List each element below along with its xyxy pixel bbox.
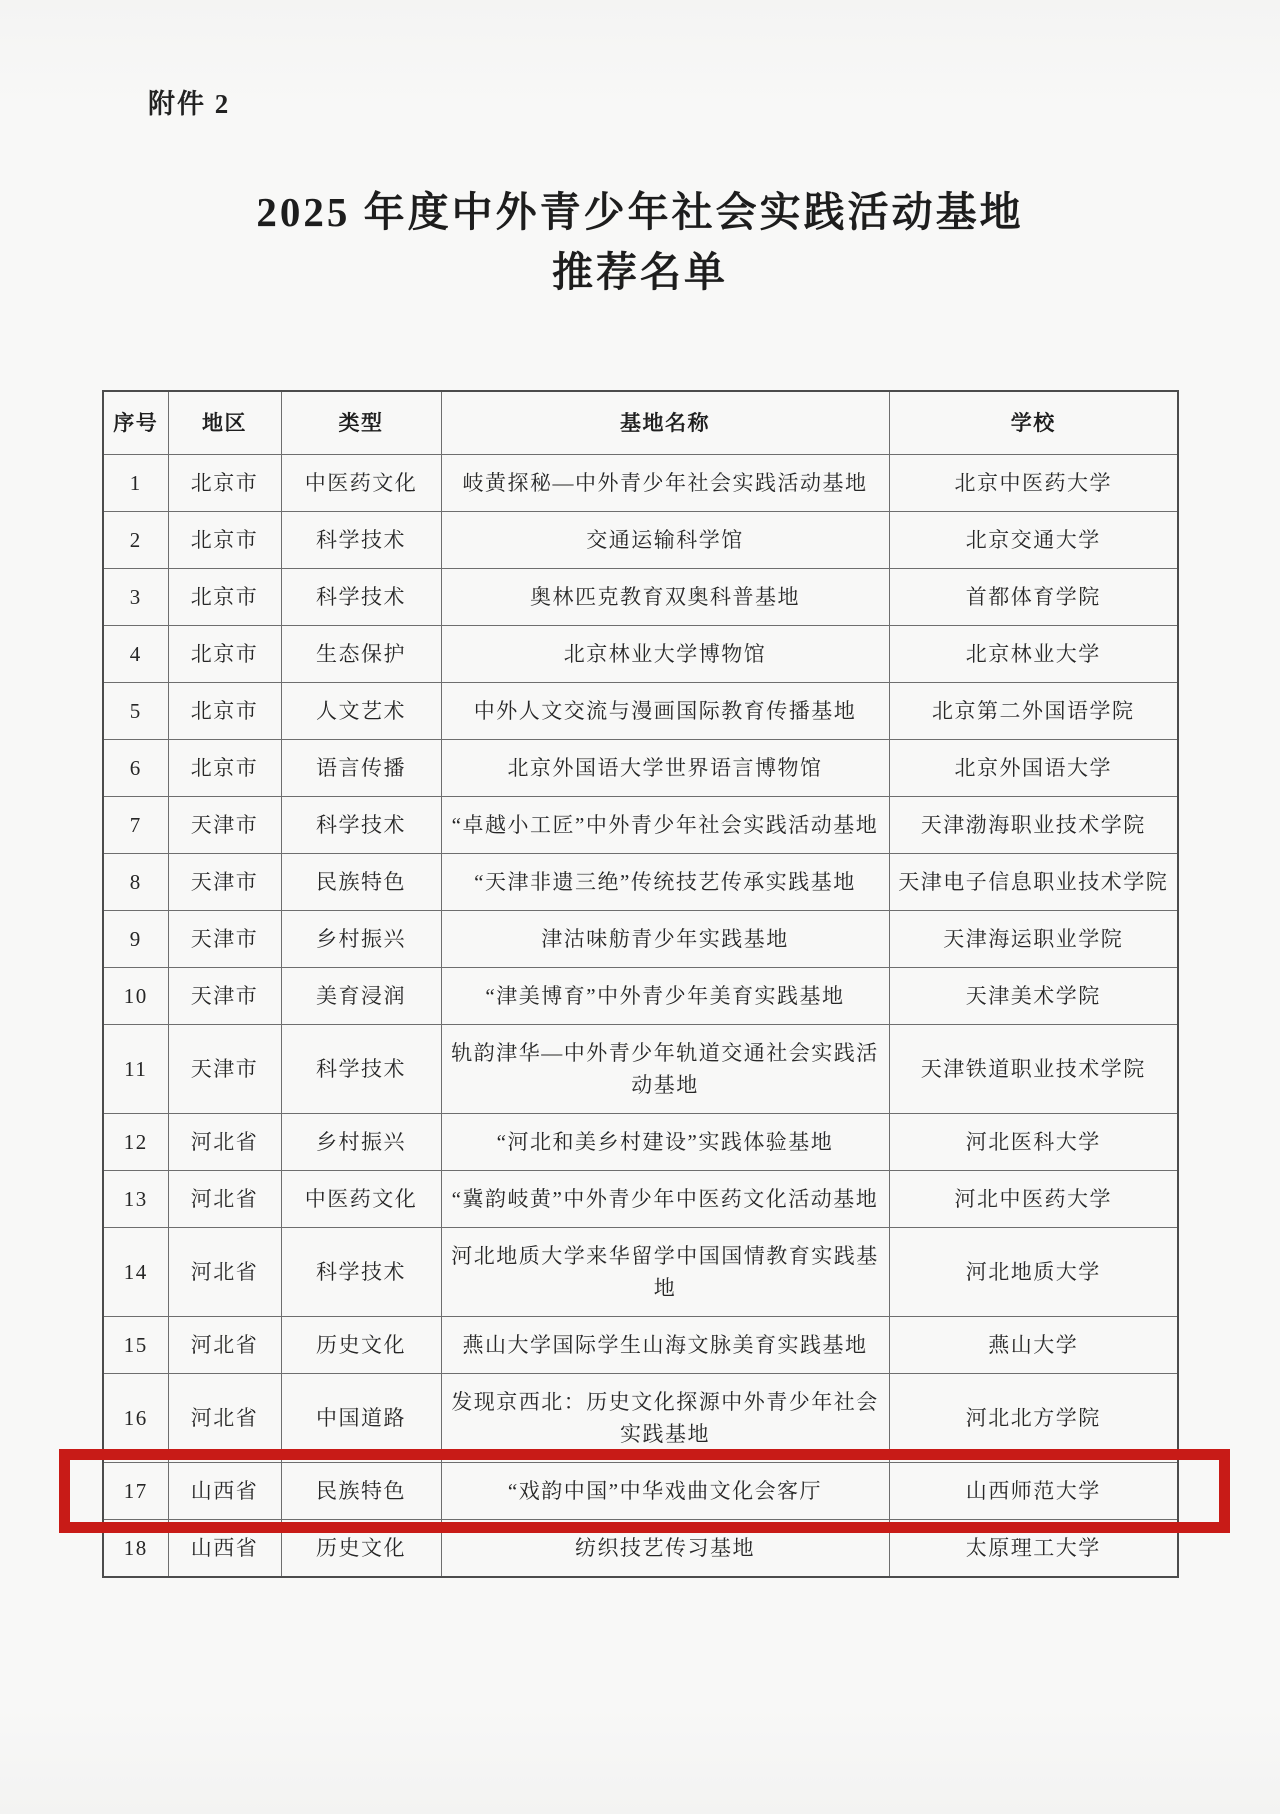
cell-type: 语言传播 — [281, 740, 441, 797]
cell-school: 太原理工大学 — [889, 1520, 1178, 1578]
cell-type: 美育浸润 — [281, 968, 441, 1025]
table-row: 15 河北省 历史文化 燕山大学国际学生山海文脉美育实践基地 燕山大学 — [103, 1317, 1178, 1374]
cell-no: 5 — [103, 683, 168, 740]
cell-region: 天津市 — [168, 854, 281, 911]
cell-school: 山西师范大学 — [889, 1463, 1178, 1520]
cell-region: 北京市 — [168, 626, 281, 683]
recommendation-table-wrap: 序号 地区 类型 基地名称 学校 1 北京市 中医药文化 岐黄探秘—中外青少年社… — [102, 390, 1177, 1578]
cell-no: 12 — [103, 1114, 168, 1171]
cell-base: “戏韵中国”中华戏曲文化会客厅 — [441, 1463, 889, 1520]
cell-type: 乡村振兴 — [281, 1114, 441, 1171]
cell-base: 轨韵津华—中外青少年轨道交通社会实践活动基地 — [441, 1025, 889, 1114]
cell-base: 中外人文交流与漫画国际教育传播基地 — [441, 683, 889, 740]
cell-no: 3 — [103, 569, 168, 626]
cell-no: 8 — [103, 854, 168, 911]
cell-type: 历史文化 — [281, 1520, 441, 1578]
cell-base: “冀韵岐黄”中外青少年中医药文化活动基地 — [441, 1171, 889, 1228]
recommendation-table: 序号 地区 类型 基地名称 学校 1 北京市 中医药文化 岐黄探秘—中外青少年社… — [102, 390, 1179, 1578]
cell-no: 4 — [103, 626, 168, 683]
cell-type: 中医药文化 — [281, 1171, 441, 1228]
cell-no: 13 — [103, 1171, 168, 1228]
cell-region: 天津市 — [168, 968, 281, 1025]
cell-no: 7 — [103, 797, 168, 854]
cell-school: 河北中医药大学 — [889, 1171, 1178, 1228]
cell-base: 河北地质大学来华留学中国国情教育实践基地 — [441, 1228, 889, 1317]
cell-type: 民族特色 — [281, 854, 441, 911]
cell-no: 11 — [103, 1025, 168, 1114]
cell-region: 河北省 — [168, 1317, 281, 1374]
cell-region: 河北省 — [168, 1228, 281, 1317]
cell-no: 2 — [103, 512, 168, 569]
header-type: 类型 — [281, 391, 441, 455]
table-row: 6 北京市 语言传播 北京外国语大学世界语言博物馆 北京外国语大学 — [103, 740, 1178, 797]
cell-base: 北京林业大学博物馆 — [441, 626, 889, 683]
table-row: 16 河北省 中国道路 发现京西北：历史文化探源中外青少年社会实践基地 河北北方… — [103, 1374, 1178, 1463]
cell-base: 交通运输科学馆 — [441, 512, 889, 569]
cell-school: 北京林业大学 — [889, 626, 1178, 683]
document-title-line-1: 2025 年度中外青少年社会实践活动基地 — [0, 182, 1280, 242]
cell-base: “河北和美乡村建设”实践体验基地 — [441, 1114, 889, 1171]
cell-base: 北京外国语大学世界语言博物馆 — [441, 740, 889, 797]
cell-base: 岐黄探秘—中外青少年社会实践活动基地 — [441, 455, 889, 512]
cell-type: 中国道路 — [281, 1374, 441, 1463]
header-region: 地区 — [168, 391, 281, 455]
cell-type: 科学技术 — [281, 512, 441, 569]
cell-region: 北京市 — [168, 455, 281, 512]
table-row: 18 山西省 历史文化 纺织技艺传习基地 太原理工大学 — [103, 1520, 1178, 1578]
cell-base: 纺织技艺传习基地 — [441, 1520, 889, 1578]
table-row: 5 北京市 人文艺术 中外人文交流与漫画国际教育传播基地 北京第二外国语学院 — [103, 683, 1178, 740]
cell-region: 河北省 — [168, 1114, 281, 1171]
cell-school: 首都体育学院 — [889, 569, 1178, 626]
cell-school: 天津铁道职业技术学院 — [889, 1025, 1178, 1114]
cell-school: 天津电子信息职业技术学院 — [889, 854, 1178, 911]
header-base: 基地名称 — [441, 391, 889, 455]
table-row-highlighted: 17 山西省 民族特色 “戏韵中国”中华戏曲文化会客厅 山西师范大学 — [103, 1463, 1178, 1520]
cell-type: 科学技术 — [281, 1228, 441, 1317]
cell-no: 10 — [103, 968, 168, 1025]
cell-school: 北京第二外国语学院 — [889, 683, 1178, 740]
header-no: 序号 — [103, 391, 168, 455]
header-school: 学校 — [889, 391, 1178, 455]
cell-region: 北京市 — [168, 740, 281, 797]
cell-type: 中医药文化 — [281, 455, 441, 512]
cell-region: 山西省 — [168, 1463, 281, 1520]
cell-no: 17 — [103, 1463, 168, 1520]
cell-no: 14 — [103, 1228, 168, 1317]
cell-region: 天津市 — [168, 797, 281, 854]
cell-region: 河北省 — [168, 1374, 281, 1463]
cell-base: “津美博育”中外青少年美育实践基地 — [441, 968, 889, 1025]
cell-school: 天津渤海职业技术学院 — [889, 797, 1178, 854]
cell-school: 河北地质大学 — [889, 1228, 1178, 1317]
cell-base: “卓越小工匠”中外青少年社会实践活动基地 — [441, 797, 889, 854]
table-row: 12 河北省 乡村振兴 “河北和美乡村建设”实践体验基地 河北医科大学 — [103, 1114, 1178, 1171]
cell-region: 北京市 — [168, 512, 281, 569]
cell-type: 科学技术 — [281, 797, 441, 854]
cell-school: 北京中医药大学 — [889, 455, 1178, 512]
cell-type: 科学技术 — [281, 1025, 441, 1114]
table-row: 3 北京市 科学技术 奥林匹克教育双奥科普基地 首都体育学院 — [103, 569, 1178, 626]
attachment-label: 附件 2 — [148, 82, 230, 121]
cell-school: 天津海运职业学院 — [889, 911, 1178, 968]
table-row: 11 天津市 科学技术 轨韵津华—中外青少年轨道交通社会实践活动基地 天津铁道职… — [103, 1025, 1178, 1114]
cell-type: 民族特色 — [281, 1463, 441, 1520]
cell-no: 6 — [103, 740, 168, 797]
document-title: 2025 年度中外青少年社会实践活动基地 推荐名单 — [0, 182, 1280, 302]
cell-type: 历史文化 — [281, 1317, 441, 1374]
cell-region: 山西省 — [168, 1520, 281, 1578]
document-page: 附件 2 2025 年度中外青少年社会实践活动基地 推荐名单 序号 地区 类型 … — [0, 0, 1280, 1814]
table-row: 7 天津市 科学技术 “卓越小工匠”中外青少年社会实践活动基地 天津渤海职业技术… — [103, 797, 1178, 854]
table-row: 13 河北省 中医药文化 “冀韵岐黄”中外青少年中医药文化活动基地 河北中医药大… — [103, 1171, 1178, 1228]
cell-base: 发现京西北：历史文化探源中外青少年社会实践基地 — [441, 1374, 889, 1463]
cell-base: 津沽味舫青少年实践基地 — [441, 911, 889, 968]
cell-type: 科学技术 — [281, 569, 441, 626]
table-row: 4 北京市 生态保护 北京林业大学博物馆 北京林业大学 — [103, 626, 1178, 683]
table-row: 9 天津市 乡村振兴 津沽味舫青少年实践基地 天津海运职业学院 — [103, 911, 1178, 968]
cell-type: 生态保护 — [281, 626, 441, 683]
cell-no: 9 — [103, 911, 168, 968]
cell-region: 河北省 — [168, 1171, 281, 1228]
document-title-line-2: 推荐名单 — [0, 242, 1280, 302]
cell-region: 北京市 — [168, 683, 281, 740]
cell-type: 人文艺术 — [281, 683, 441, 740]
cell-region: 天津市 — [168, 911, 281, 968]
table-row: 8 天津市 民族特色 “天津非遗三绝”传统技艺传承实践基地 天津电子信息职业技术… — [103, 854, 1178, 911]
table-row: 2 北京市 科学技术 交通运输科学馆 北京交通大学 — [103, 512, 1178, 569]
cell-base: “天津非遗三绝”传统技艺传承实践基地 — [441, 854, 889, 911]
cell-school: 北京外国语大学 — [889, 740, 1178, 797]
cell-no: 15 — [103, 1317, 168, 1374]
cell-region: 天津市 — [168, 1025, 281, 1114]
cell-school: 河北医科大学 — [889, 1114, 1178, 1171]
table-row: 1 北京市 中医药文化 岐黄探秘—中外青少年社会实践活动基地 北京中医药大学 — [103, 455, 1178, 512]
table-row: 14 河北省 科学技术 河北地质大学来华留学中国国情教育实践基地 河北地质大学 — [103, 1228, 1178, 1317]
cell-region: 北京市 — [168, 569, 281, 626]
cell-school: 北京交通大学 — [889, 512, 1178, 569]
cell-school: 燕山大学 — [889, 1317, 1178, 1374]
cell-no: 16 — [103, 1374, 168, 1463]
table-row: 10 天津市 美育浸润 “津美博育”中外青少年美育实践基地 天津美术学院 — [103, 968, 1178, 1025]
cell-base: 燕山大学国际学生山海文脉美育实践基地 — [441, 1317, 889, 1374]
cell-base: 奥林匹克教育双奥科普基地 — [441, 569, 889, 626]
cell-no: 1 — [103, 455, 168, 512]
cell-school: 天津美术学院 — [889, 968, 1178, 1025]
cell-type: 乡村振兴 — [281, 911, 441, 968]
table-header-row: 序号 地区 类型 基地名称 学校 — [103, 391, 1178, 455]
cell-no: 18 — [103, 1520, 168, 1578]
cell-school: 河北北方学院 — [889, 1374, 1178, 1463]
